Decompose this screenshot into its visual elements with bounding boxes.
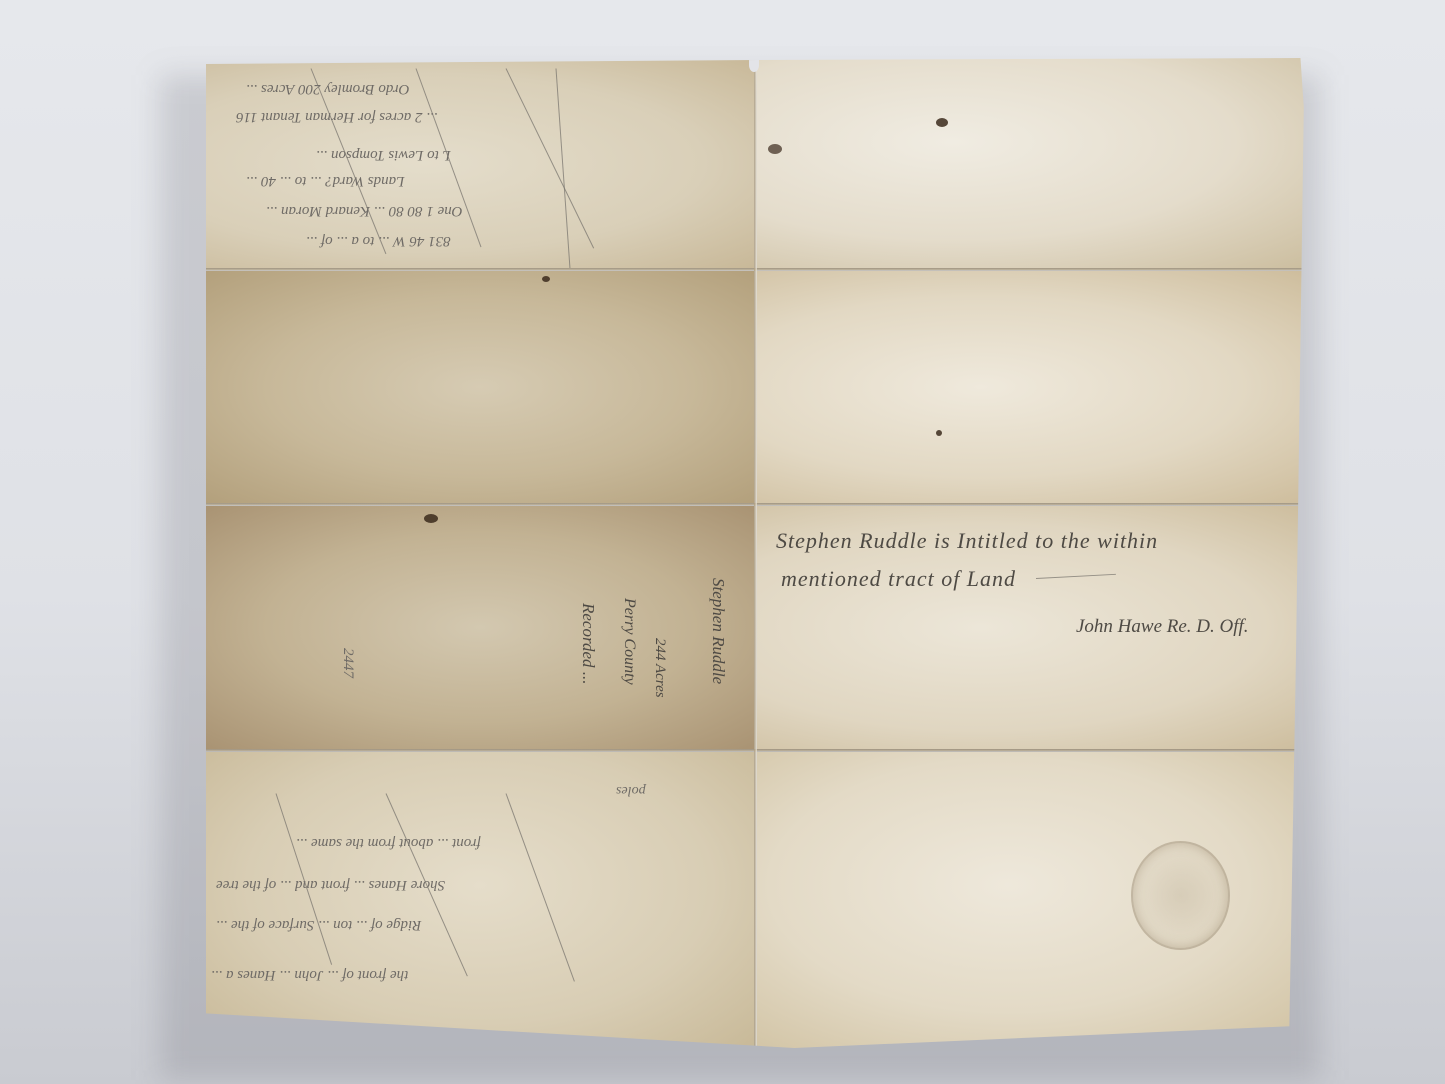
- panel-mid-lower-left: [206, 506, 754, 749]
- fold-line-vertical: [754, 58, 757, 1048]
- pencil-note: L to Lewis Tompson ...: [316, 146, 451, 163]
- fold-line: [206, 749, 1316, 752]
- ink-stain: [542, 276, 550, 282]
- pencil-note: Lands Ward? ... to ... 40 ...: [246, 172, 405, 189]
- pencil-note: poles: [616, 782, 646, 798]
- parchment-document: Ordo Bromley 200 Acres ... ... 2 acres f…: [206, 58, 1316, 1048]
- pencil-note: One 1 80 80 ... Kenard Moran ...: [266, 202, 463, 219]
- panel-mid-upper-right: [757, 271, 1316, 503]
- ink-stain: [936, 430, 942, 436]
- fold-line: [206, 503, 1316, 506]
- panel-bottom-right: [757, 752, 1316, 1048]
- ink-stain: [768, 144, 782, 154]
- pencil-note: the front of ... John ... Hanes a ...: [211, 966, 408, 983]
- pencil-note: front ... about from the same ...: [296, 834, 481, 851]
- endorsement-line-1: Stephen Ruddle is Intitled to the within: [776, 528, 1158, 554]
- tear: [749, 58, 759, 72]
- fold-line: [206, 268, 1316, 271]
- panel-mid-upper-left: [206, 271, 754, 503]
- signature: John Hawe Re. D. Off.: [1076, 616, 1249, 638]
- docket-number: 2447: [339, 648, 356, 678]
- pencil-note: Ordo Bromley 200 Acres ...: [246, 80, 409, 97]
- panel-bottom-left: [206, 752, 754, 1048]
- pencil-note: Shore Hanes ... front and ... of the tre…: [216, 876, 445, 893]
- ink-stain: [424, 514, 438, 523]
- pencil-note: ... 2 acres for Herman Tenant 116: [236, 108, 438, 125]
- panel-top-right: [757, 58, 1316, 268]
- embossed-seal: [1131, 841, 1230, 950]
- docket-county: Perry County: [620, 598, 638, 685]
- docket-name: Stephen Ruddle: [708, 578, 728, 684]
- endorsement-line-2: mentioned tract of Land: [781, 566, 1016, 592]
- ink-stain: [936, 118, 948, 127]
- docket-acreage: 244 Acres: [651, 638, 668, 698]
- docket-recorded: Recorded ...: [578, 603, 598, 685]
